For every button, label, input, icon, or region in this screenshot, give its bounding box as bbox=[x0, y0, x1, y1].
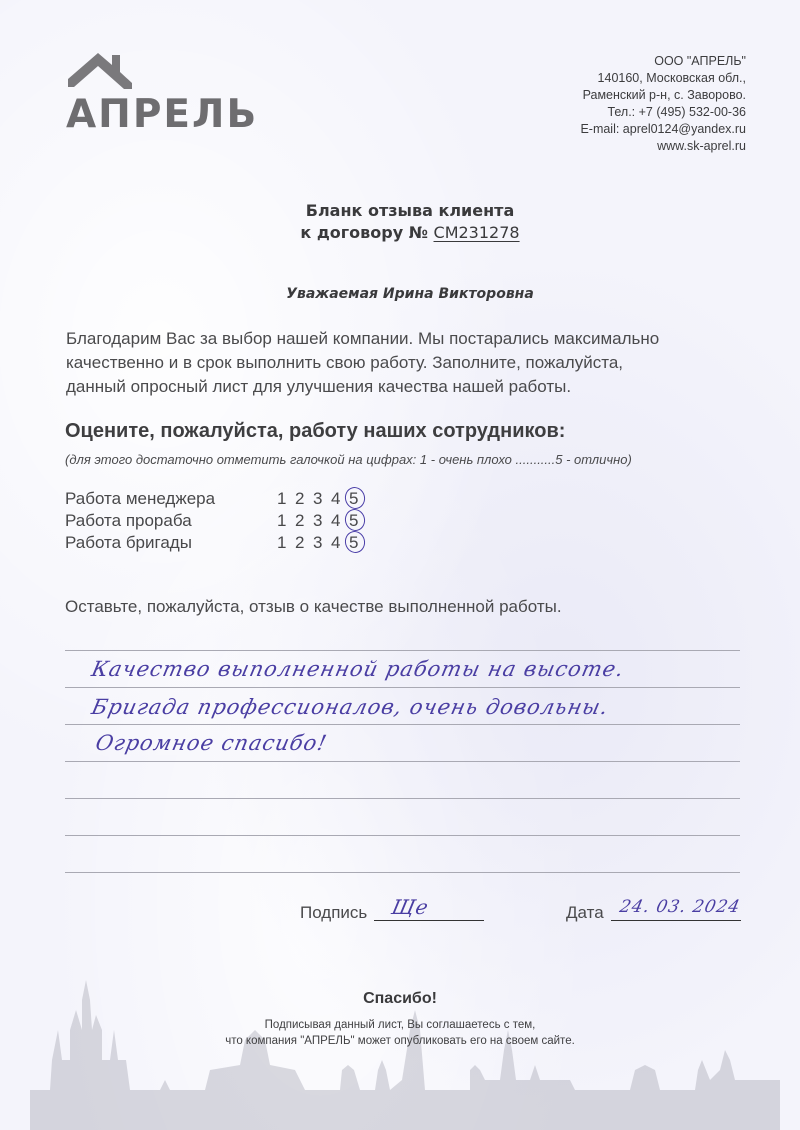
feedback-handwritten-line[interactable]: Бригада профессионалов, очень довольны. bbox=[89, 695, 611, 719]
score-5-selected[interactable]: 5 bbox=[349, 489, 367, 509]
thanks-heading: Спасибо! bbox=[0, 990, 800, 1008]
score-3[interactable]: 3 bbox=[313, 489, 331, 509]
ruled-line bbox=[65, 724, 740, 725]
company-info: ООО "АПРЕЛЬ" 140160, Московская обл., Ра… bbox=[580, 53, 746, 155]
signature-line bbox=[374, 920, 484, 921]
signature-label: Подпись bbox=[300, 903, 367, 923]
ruled-line bbox=[65, 761, 740, 762]
form-title-line1: Бланк отзыва клиента bbox=[0, 200, 800, 222]
score-3[interactable]: 3 bbox=[313, 533, 331, 553]
rating-row-crew: Работа бригады 1 2 3 4 5 bbox=[65, 532, 367, 554]
company-name: ООО "АПРЕЛЬ" bbox=[580, 53, 746, 70]
rating-label: Работа менеджера bbox=[65, 489, 277, 509]
intro-line: Благодарим Вас за выбор нашей компании. … bbox=[66, 327, 766, 351]
rating-title: Оцените, пожалуйста, работу наших сотруд… bbox=[65, 420, 565, 443]
score-1[interactable]: 1 bbox=[277, 533, 295, 553]
ruled-line bbox=[65, 872, 740, 873]
contract-number: CM231278 bbox=[434, 223, 520, 242]
date-line bbox=[611, 920, 741, 921]
score-1[interactable]: 1 bbox=[277, 489, 295, 509]
consent-line: Подписывая данный лист, Вы соглашаетесь … bbox=[0, 1017, 800, 1033]
company-website: www.sk-aprel.ru bbox=[580, 138, 746, 155]
score-3[interactable]: 3 bbox=[313, 511, 331, 531]
score-2[interactable]: 2 bbox=[295, 489, 313, 509]
company-address-2: Раменский р-н, с. Заворово. bbox=[580, 87, 746, 104]
form-title: Бланк отзыва клиента к договору № CM2312… bbox=[0, 200, 800, 244]
intro-text: Благодарим Вас за выбор нашей компании. … bbox=[66, 327, 766, 399]
rating-label: Работа бригады bbox=[65, 533, 277, 553]
rating-label: Работа прораба bbox=[65, 511, 277, 531]
greeting: Уважаемая Ирина Викторовна bbox=[0, 286, 800, 302]
date-label: Дата bbox=[566, 903, 604, 923]
intro-line: качественно и в срок выполнить свою рабо… bbox=[66, 351, 766, 375]
date-value[interactable]: 24. 03. 2024 bbox=[618, 897, 742, 917]
score-5-selected[interactable]: 5 bbox=[349, 533, 367, 553]
intro-line: данный опросный лист для улучшения качес… bbox=[66, 375, 766, 399]
consent-line: что компания "АПРЕЛЬ" может опубликовать… bbox=[0, 1033, 800, 1049]
ruled-line bbox=[65, 835, 740, 836]
company-phone: Тел.: +7 (495) 532-00-36 bbox=[580, 104, 746, 121]
ratings-table: Работа менеджера 1 2 3 4 5 Работа прораб… bbox=[65, 488, 367, 554]
score-2[interactable]: 2 bbox=[295, 511, 313, 531]
score-1[interactable]: 1 bbox=[277, 511, 295, 531]
feedback-prompt: Оставьте, пожалуйста, отзыв о качестве в… bbox=[65, 597, 562, 617]
signature-value[interactable]: Ще bbox=[389, 895, 431, 919]
score-5-selected[interactable]: 5 bbox=[349, 511, 367, 531]
form-title-prefix: к договору № bbox=[300, 223, 433, 242]
company-address-1: 140160, Московская обл., bbox=[580, 70, 746, 87]
ruled-line bbox=[65, 650, 740, 651]
rating-hint: (для этого достаточно отметить галочкой … bbox=[65, 452, 632, 467]
feedback-handwritten-line[interactable]: Качество выполненной работы на высоте. bbox=[89, 657, 626, 681]
score-2[interactable]: 2 bbox=[295, 533, 313, 553]
ruled-line bbox=[65, 798, 740, 799]
company-logo: АПРЕЛЬ bbox=[66, 92, 258, 137]
house-roof-icon bbox=[68, 53, 132, 89]
company-email: E-mail: aprel0124@yandex.ru bbox=[580, 121, 746, 138]
feedback-handwritten-line[interactable]: Огромное спасибо! bbox=[93, 731, 329, 755]
consent-text: Подписывая данный лист, Вы соглашаетесь … bbox=[0, 1017, 800, 1049]
ruled-line bbox=[65, 687, 740, 688]
rating-row-manager: Работа менеджера 1 2 3 4 5 bbox=[65, 488, 367, 510]
rating-row-foreman: Работа прораба 1 2 3 4 5 bbox=[65, 510, 367, 532]
